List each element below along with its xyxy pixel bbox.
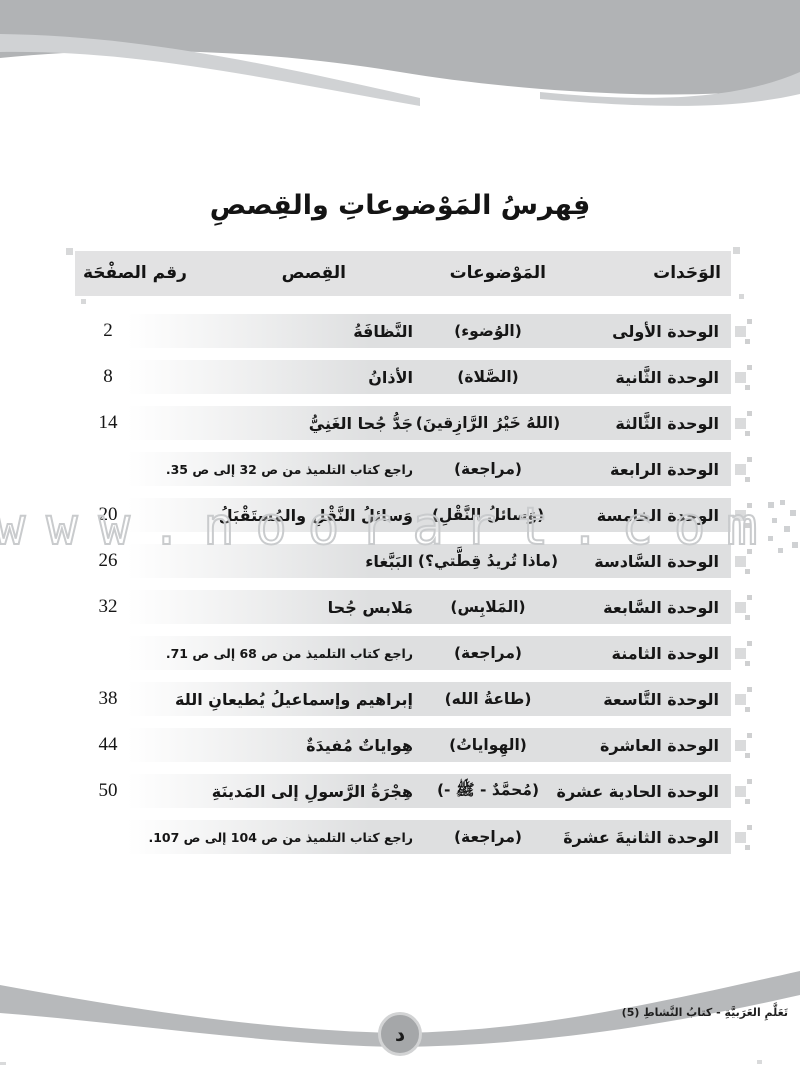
pixel-decoration <box>747 319 752 324</box>
page-number: 2 <box>75 320 141 342</box>
page-number: 26 <box>75 550 141 572</box>
unit-label: الوحدة الثَّانية <box>563 368 731 387</box>
pixel-decoration <box>745 799 750 804</box>
page-letter-badge: د <box>378 1012 422 1056</box>
pixel-decoration <box>747 779 752 784</box>
story-label: هِجْرَةُ الرَّسولِ إلى المَدينَةِ <box>141 782 413 801</box>
pixel-decoration <box>66 248 73 255</box>
story-label: راجع كتاب التلميذ من ص 32 إلى ص 35. <box>141 462 413 477</box>
pixel-decoration <box>747 549 752 554</box>
pixel-decoration <box>735 418 746 429</box>
table-rows-container: الوحدة الأولى(الوُضوء)النَّظافَةُ2الوحدة… <box>75 314 731 866</box>
unit-label: الوحدة الثامنة <box>563 644 731 663</box>
page-number: 38 <box>75 688 141 710</box>
story-label: الأذانُ <box>141 368 413 387</box>
story-label: مَلابس جُحا <box>141 598 413 617</box>
pixel-decoration <box>747 687 752 692</box>
table-header: الوَحَدات المَوْضوعات القِصص رقم الصفْحَ… <box>75 251 731 296</box>
topic-label: (مراجعة) <box>413 828 563 846</box>
unit-label: الوحدة الخامسة <box>563 506 731 525</box>
pixel-decoration <box>745 661 750 666</box>
pixel-decoration <box>735 510 746 521</box>
table-row: الوحدة السَّابعة(المَلابِس)مَلابس جُحا32 <box>75 590 731 624</box>
table-row: الوحدة الحادية عشرة(مُحمَّدٌ - ﷺ -)هِجْر… <box>75 774 731 808</box>
story-label: هِواياتٌ مُفيدَةٌ <box>141 736 413 755</box>
book-page: فِهرسُ المَوْضوعاتِ والقِصصِ الوَحَدات ا… <box>0 0 800 1070</box>
pixel-decoration <box>733 247 740 254</box>
page-number: 8 <box>75 366 141 388</box>
unit-label: الوحدة الرابعة <box>563 460 731 479</box>
column-header-topics: المَوْضوعات <box>450 251 546 296</box>
footer-book-title: تَعَلَّمِ العَرَبيَّةِ - كتابُ النَّشاطِ… <box>622 1006 788 1019</box>
pixel-decoration <box>745 845 750 850</box>
topic-label: (اللهُ خَيْرُ الرَّازِقينَ) <box>413 414 563 432</box>
story-label: النَّظافَةُ <box>141 322 413 341</box>
table-row: الوحدة الثانيةَ عشرةَ(مراجعة)راجع كتاب ا… <box>75 820 731 854</box>
unit-label: الوحدة الثانيةَ عشرةَ <box>563 828 731 847</box>
topic-label: (الهِواياتُ) <box>413 736 563 754</box>
pixel-decoration <box>735 464 746 475</box>
pixel-decoration <box>747 641 752 646</box>
table-row: الوحدة الثامنة(مراجعة)راجع كتاب التلميذ … <box>75 636 731 670</box>
story-label: راجع كتاب التلميذ من ص 104 إلى ص 107. <box>141 830 413 845</box>
pixel-decoration <box>747 411 752 416</box>
table-row: الوحدة الثَّانية(الصَّلاة)الأذانُ8 <box>75 360 731 394</box>
topic-label: (الوُضوء) <box>413 322 563 340</box>
unit-label: الوحدة السَّادسة <box>563 552 731 571</box>
crop-mark <box>757 1060 762 1064</box>
page-number: 32 <box>75 596 141 618</box>
table-row: الوحدة الثَّالثة(اللهُ خَيْرُ الرَّازِقي… <box>75 406 731 440</box>
pixel-decoration <box>745 753 750 758</box>
pixel-decoration <box>745 569 750 574</box>
page-number: 20 <box>75 504 141 526</box>
top-wave-decoration <box>0 0 800 112</box>
pixel-decoration <box>735 832 746 843</box>
pixel-decoration <box>747 595 752 600</box>
pixel-decoration <box>735 648 746 659</box>
story-label: جَدُّ جُحا الغَنِيُّ <box>141 414 413 433</box>
pixel-decoration <box>735 602 746 613</box>
watermark-pixel-cluster <box>766 500 800 556</box>
table-row: الوحدة الرابعة(مراجعة)راجع كتاب التلميذ … <box>75 452 731 486</box>
pixel-decoration <box>81 299 86 304</box>
table-row: الوحدة الخامسة(وَسائلُ النَّقْلِ)وَسائلُ… <box>75 498 731 532</box>
pixel-decoration <box>745 615 750 620</box>
topic-label: (مراجعة) <box>413 460 563 478</box>
pixel-decoration <box>745 431 750 436</box>
page-number: 44 <box>75 734 141 756</box>
topic-label: (مراجعة) <box>413 644 563 662</box>
pixel-decoration <box>745 707 750 712</box>
pixel-decoration <box>747 457 752 462</box>
unit-label: الوحدة الثَّالثة <box>563 414 731 433</box>
column-header-units: الوَحَدات <box>653 251 721 296</box>
pixel-decoration <box>747 825 752 830</box>
pixel-decoration <box>745 339 750 344</box>
topic-label: (وَسائلُ النَّقْلِ) <box>413 506 563 524</box>
topic-label: (المَلابِس) <box>413 598 563 616</box>
pixel-decoration <box>735 556 746 567</box>
pixel-decoration <box>747 503 752 508</box>
unit-label: الوحدة التَّاسعة <box>563 690 731 709</box>
topic-label: (طاعةُ الله) <box>413 690 563 708</box>
pixel-decoration <box>735 372 746 383</box>
pixel-decoration <box>745 385 750 390</box>
page-number: 50 <box>75 780 141 802</box>
page-number: 14 <box>75 412 141 434</box>
story-label: إبراهيم وإسماعيلُ يُطيعانِ اللهَ <box>141 690 413 709</box>
table-row: الوحدة العاشرة(الهِواياتُ)هِواياتٌ مُفيد… <box>75 728 731 762</box>
pixel-decoration <box>735 326 746 337</box>
pixel-decoration <box>735 740 746 751</box>
story-label: راجع كتاب التلميذ من ص 68 إلى ص 71. <box>141 646 413 661</box>
unit-label: الوحدة الحادية عشرة <box>563 782 731 801</box>
pixel-decoration <box>747 733 752 738</box>
topic-label: (مُحمَّدٌ - ﷺ -) <box>413 780 563 803</box>
unit-label: الوحدة الأولى <box>563 322 731 341</box>
table-row: الوحدة السَّادسة(ماذا تُريدُ قِطَّتي؟)ال… <box>75 544 731 578</box>
crop-mark <box>0 1062 6 1065</box>
table-row: الوحدة الأولى(الوُضوء)النَّظافَةُ2 <box>75 314 731 348</box>
unit-label: الوحدة العاشرة <box>563 736 731 755</box>
pixel-decoration <box>739 294 744 299</box>
story-label: وَسائلُ النَّقْلِ والمُستَقْبَلُ <box>141 506 413 525</box>
pixel-decoration <box>735 786 746 797</box>
page-title: فِهرسُ المَوْضوعاتِ والقِصصِ <box>0 190 800 221</box>
pixel-decoration <box>735 694 746 705</box>
column-header-page-number: رقم الصفْحَة <box>83 251 187 296</box>
column-header-stories: القِصص <box>282 251 346 296</box>
pixel-decoration <box>745 477 750 482</box>
pixel-decoration <box>745 523 750 528</box>
table-row: الوحدة التَّاسعة(طاعةُ الله)إبراهيم وإسم… <box>75 682 731 716</box>
unit-label: الوحدة السَّابعة <box>563 598 731 617</box>
topic-label: (ماذا تُريدُ قِطَّتي؟) <box>413 552 563 570</box>
pixel-decoration <box>747 365 752 370</box>
story-label: البَبَّغاء <box>141 552 413 571</box>
topic-label: (الصَّلاة) <box>413 368 563 386</box>
